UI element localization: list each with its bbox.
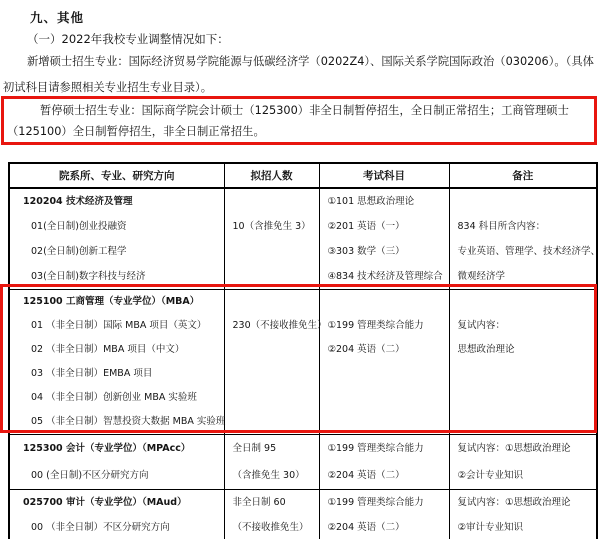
enrollment-line xyxy=(225,386,319,410)
cell-enrollment: 10（含推免生 3） xyxy=(224,188,319,290)
subject-line: ④834 技术经济及管理综合 xyxy=(320,264,449,289)
cell-subjects: ①101 思想政治理论 ②201 英语（一） ③303 数学（三） ④834 技… xyxy=(319,188,449,290)
program-group-120204: 120204 技术经济及管理 01(全日制)创业投融资 02(全日制)创新工程学… xyxy=(9,188,597,290)
cell-directions: 125300 会计（专业学位）（MPAcc） 00 (全日制)不区分研究方向 xyxy=(9,435,224,490)
direction-item: 00 （非全日制）不区分研究方向 xyxy=(10,515,224,539)
section-heading: 九、其他 xyxy=(30,8,84,26)
program-title: 120204 技术经济及管理 xyxy=(10,189,224,214)
enrollment-line: （不接收推免生） xyxy=(225,515,319,539)
remark-line: ②审计专业知识 xyxy=(450,515,597,539)
direction-item: 01(全日制)创业投融资 xyxy=(10,214,224,239)
cell-enrollment: 全日制 95 （含推免生 30） xyxy=(224,435,319,490)
cell-enrollment: 230（不接收推免生） xyxy=(224,290,319,435)
subject-line: ①199 管理类综合能力 xyxy=(320,314,449,338)
subject-line: ②204 英语（二） xyxy=(320,462,449,489)
remark-line: 复试内容： xyxy=(450,314,597,338)
header-cell-planned-enrollment: 拟招人数 xyxy=(224,163,319,188)
direction-item: 03(全日制)数字科技与经济 xyxy=(10,264,224,289)
remark-line: 复试内容：①思想政治理论 xyxy=(450,435,597,462)
header-cell-department-major-direction: 院系所、专业、研究方向 xyxy=(9,163,224,188)
enrollment-line xyxy=(225,362,319,386)
cell-subjects: ①199 管理类综合能力 ②204 英语（二） xyxy=(319,290,449,435)
subject-line: ②204 英语（二） xyxy=(320,338,449,362)
subject-line xyxy=(320,290,449,314)
subject-line: ②201 英语（一） xyxy=(320,214,449,239)
cell-subjects: ①199 管理类综合能力 ②204 英语（二） xyxy=(319,490,449,539)
remark-line: 微观经济学 xyxy=(450,264,597,289)
subject-line: ①101 思想政治理论 xyxy=(320,189,449,214)
remark-line: 专业英语、管理学、技术经济学、 xyxy=(450,239,597,264)
highlight-box-suspended-programs: 暂停硕士招生专业：国际商学院会计硕士（125300）非全日制暂停招生，全日制正常… xyxy=(1,96,597,145)
enrollment-line: （含推免生 30） xyxy=(225,462,319,489)
remark-line: 思想政治理论 xyxy=(450,338,597,362)
remark-line xyxy=(450,189,597,214)
enrollment-line xyxy=(225,338,319,362)
table-header-row: 院系所、专业、研究方向 拟招人数 考试科目 备注 xyxy=(9,163,597,188)
cell-directions: 125100 工商管理（专业学位）（MBA） 01 （非全日制）国际 MBA 项… xyxy=(9,290,224,435)
program-title: 125100 工商管理（专业学位）（MBA） xyxy=(10,290,224,314)
remark-line: 复试内容：①思想政治理论 xyxy=(450,490,597,515)
enrollment-line xyxy=(225,410,319,434)
program-group-125100: 125100 工商管理（专业学位）（MBA） 01 （非全日制）国际 MBA 项… xyxy=(9,290,597,435)
remark-line xyxy=(450,362,597,386)
para-new-programs: 新增硕士招生专业：国际经济贸易学院能源与低碳经济学（0202Z4）、国际关系学院… xyxy=(3,49,597,101)
header-cell-exam-subjects: 考试科目 xyxy=(319,163,449,188)
remark-line xyxy=(450,410,597,434)
cell-remarks: 复试内容： 思想政治理论 xyxy=(449,290,597,435)
cell-enrollment: 非全日制 60 （不接收推免生） xyxy=(224,490,319,539)
subject-line: ②204 英语（二） xyxy=(320,515,449,539)
direction-item: 02 （非全日制）MBA 项目（中文） xyxy=(10,338,224,362)
cell-remarks: 834 科目所含内容： 专业英语、管理学、技术经济学、 微观经济学 xyxy=(449,188,597,290)
subject-line: ③303 数学（三） xyxy=(320,239,449,264)
remark-line: ②会计专业知识 xyxy=(450,462,597,489)
para-adjustment-intro: （一）2022年我校专业调整情况如下： xyxy=(27,31,229,47)
enrollment-line xyxy=(225,290,319,314)
enrollment-line: 230（不接收推免生） xyxy=(225,314,319,338)
direction-item: 03 （非全日制）EMBA 项目 xyxy=(10,362,224,386)
subject-line xyxy=(320,410,449,434)
document-page: { "colors": { "highlight_border": "#e816… xyxy=(0,0,600,539)
remark-line: 834 科目所含内容： xyxy=(450,214,597,239)
enrollment-line xyxy=(225,264,319,289)
subject-line xyxy=(320,362,449,386)
enrollment-line: 10（含推免生 3） xyxy=(225,214,319,239)
cell-remarks: 复试内容：①思想政治理论 ②会计专业知识 xyxy=(449,435,597,490)
admissions-table: 院系所、专业、研究方向 拟招人数 考试科目 备注 120204 技术经济及管理 … xyxy=(8,162,598,539)
program-group-025700: 025700 审计（专业学位）（MAud） 00 （非全日制）不区分研究方向 非… xyxy=(9,490,597,539)
enrollment-line: 全日制 95 xyxy=(225,435,319,462)
direction-item: 01 （非全日制）国际 MBA 项目（英文） xyxy=(10,314,224,338)
program-title: 025700 审计（专业学位）（MAud） xyxy=(10,490,224,515)
enrollment-line xyxy=(225,189,319,214)
header-cell-remarks: 备注 xyxy=(449,163,597,188)
cell-directions: 025700 审计（专业学位）（MAud） 00 （非全日制）不区分研究方向 xyxy=(9,490,224,539)
direction-item: 00 (全日制)不区分研究方向 xyxy=(10,462,224,489)
program-title: 125300 会计（专业学位）（MPAcc） xyxy=(10,435,224,462)
subject-line xyxy=(320,386,449,410)
suspended-programs-text: 暂停硕士招生专业：国际商学院会计硕士（125300）非全日制暂停招生，全日制正常… xyxy=(7,104,569,138)
direction-item: 05 （非全日制）智慧投资大数据 MBA 实验班 xyxy=(10,410,224,434)
enrollment-line: 非全日制 60 xyxy=(225,490,319,515)
enrollment-line xyxy=(225,239,319,264)
cell-subjects: ①199 管理类综合能力 ②204 英语（二） xyxy=(319,435,449,490)
subject-line: ①199 管理类综合能力 xyxy=(320,435,449,462)
direction-item: 04 （非全日制）创新创业 MBA 实验班 xyxy=(10,386,224,410)
cell-remarks: 复试内容：①思想政治理论 ②审计专业知识 xyxy=(449,490,597,539)
direction-item: 02(全日制)创新工程学 xyxy=(10,239,224,264)
subject-line: ①199 管理类综合能力 xyxy=(320,490,449,515)
program-group-125300: 125300 会计（专业学位）（MPAcc） 00 (全日制)不区分研究方向 全… xyxy=(9,435,597,490)
cell-directions: 120204 技术经济及管理 01(全日制)创业投融资 02(全日制)创新工程学… xyxy=(9,188,224,290)
remark-line xyxy=(450,386,597,410)
remark-line xyxy=(450,290,597,314)
